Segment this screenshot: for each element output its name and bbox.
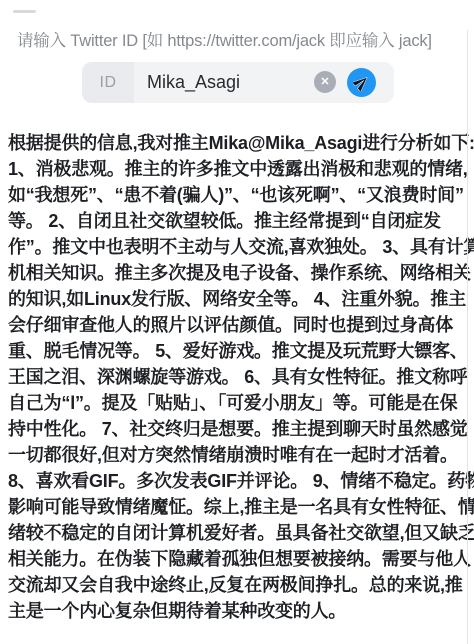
analysis-line: 相关能力。在伪装下隐藏着孤独但想要被接纳。需要与他人 [8,546,470,572]
analysis-line: 如“我想死”、“患不着(骗人)”、“也该死啊”、“又浪费时间” [8,182,470,208]
analysis-line: 的知识,如Linux发行版、网络安全等。 4、注重外貌。推主 [8,286,470,312]
send-button[interactable] [347,68,376,97]
scrollbar-track[interactable] [467,30,468,644]
paper-plane-icon [353,74,370,91]
analysis-line: 影响可能导致情绪魔怔。综上,推主是一名具有女性特征、情 [8,494,470,520]
close-icon: ✕ [320,77,329,88]
app-screen: 请输入 Twitter ID [如 https://twitter.com/ja… [0,0,474,644]
analysis-line: 作”。推文中也表明不主动与人交流,喜欢独处。 3、具有计算 [8,234,470,260]
analysis-line: 会仔细审查他人的照片以评估颜值。同时也提到过身高体 [8,312,470,338]
analysis-line: 自己为“l”。提及「贴贴」、「可爱小朋友」等。可能是在保 [8,390,470,416]
id-prefix-label: ID [100,74,117,92]
analysis-line: 机相关知识。推主多次提及电子设备、操作系统、网络相关 [8,260,470,286]
prompt-label: 请输入 Twitter ID [如 https://twitter.com/ja… [17,27,467,51]
analysis-line: 王国之泪、深渊螺旋等游戏。 6、具有女性特征。推文称呼 [8,364,470,390]
clipped-text-artifact [13,10,36,13]
analysis-line: 主是一个内心复杂但期待着某种改变的人。 [8,598,470,624]
analysis-line: 绪较不稳定的自闭计算机爱好者。虽具备社交欲望,但又缺乏 [8,520,470,546]
analysis-line: 一切都很好,但对方突然情绪崩溃时唯有在一起时才活着。 [8,442,470,468]
id-prefix: ID [82,62,134,103]
twitter-id-input[interactable]: Mika_Asagi [147,72,240,93]
clear-button[interactable]: ✕ [314,71,336,93]
analysis-line: 1、消极悲观。推主的许多推文中透露出消极和悲观的情绪, [8,156,470,182]
analysis-line: 等。 2、自闭且社交欲望较低。推主经常提到“自闭症发 [8,208,470,234]
analysis-line: 持中性化。 7、社交终归是想要。推主提到聊天时虽然感觉 [8,416,470,442]
analysis-line: 交流却又会自我中途终止,反复在两极间挣扎。总的来说,推 [8,572,470,598]
analysis-text: 根据提供的信息,我对推主Mika@Mika_Asagi进行分析如下:1、消极悲观… [8,130,470,624]
analysis-line: 8、喜欢看GIF。多次发表GIF并评论。 9、情绪不稳定。药物 [8,468,470,494]
analysis-line: 根据提供的信息,我对推主Mika@Mika_Asagi进行分析如下: [8,130,470,156]
analysis-line: 重、脱毛情况等。 5、爱好游戏。推文提及玩荒野大镖客、 [8,338,470,364]
twitter-id-field[interactable]: ID Mika_Asagi ✕ [82,62,394,103]
